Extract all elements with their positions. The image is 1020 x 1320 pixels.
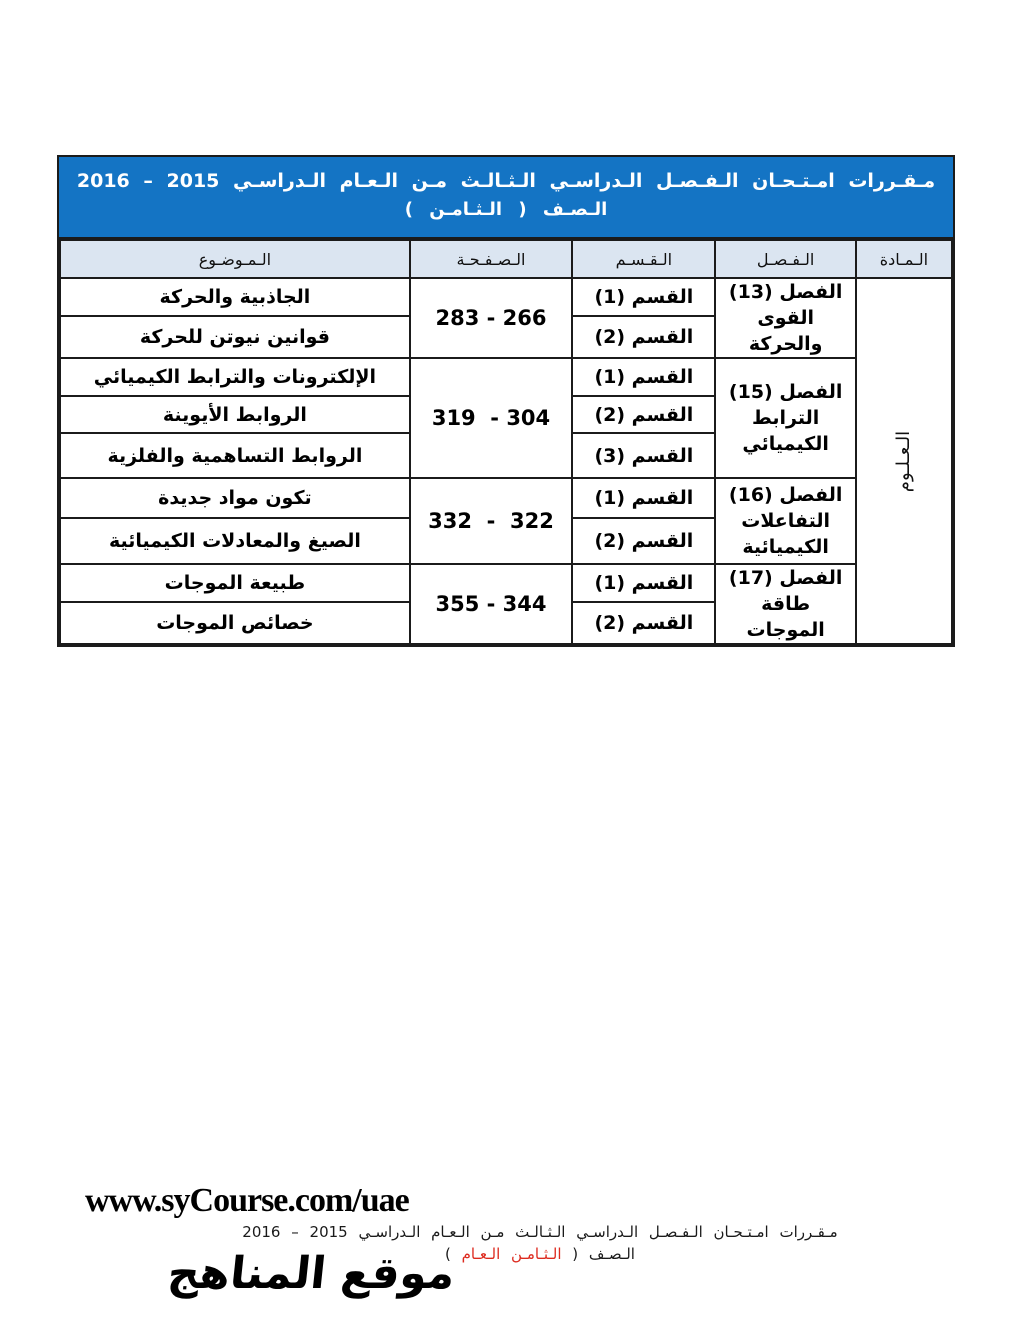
pages-cell: 283 - 266 xyxy=(410,278,572,358)
header-subject: الـمـادة xyxy=(856,240,952,278)
topic-cell: خصائص الموجات xyxy=(60,602,410,644)
watermark-calligraphy: موقع المناهج xyxy=(165,1248,457,1299)
chapter-cell: الفصل (17) طاقة الموجات xyxy=(715,564,855,644)
section-cell: القسم (1) xyxy=(572,478,715,518)
section-cell: القسم (1) xyxy=(572,278,715,316)
table-title-bar: مـقـررات امـتـحـان الـفـصـل الـدراسـي ال… xyxy=(59,157,953,239)
section-cell: القسم (2) xyxy=(572,316,715,358)
topic-cell: الجاذبية والحركة xyxy=(60,278,410,316)
chapter-cell: الفصل (13) القوى والحركة xyxy=(715,278,855,358)
footer-grade-prefix: الـصـف ( xyxy=(562,1245,635,1263)
document-page: مـقـررات امـتـحـان الـفـصـل الـدراسـي ال… xyxy=(0,0,1020,1320)
header-page: الـصـفـحـة xyxy=(410,240,572,278)
header-row: الـمـادة الـفـصـل الـقـسـم الـصـفـحـة ال… xyxy=(60,240,952,278)
chapter-cell: الفصل (15) الترابط الكيميائي xyxy=(715,358,855,478)
topic-cell: الروابط الأيوينة xyxy=(60,396,410,433)
table-row: الفصل (16) التفاعلات الكيميائية القسم (1… xyxy=(60,478,952,518)
subject-cell: الـعـلـوم xyxy=(856,278,952,644)
chapter-cell: الفصل (16) التفاعلات الكيميائية xyxy=(715,478,855,564)
topic-cell: الصيغ والمعادلات الكيميائية xyxy=(60,518,410,564)
section-cell: القسم (2) xyxy=(572,602,715,644)
section-cell: القسم (1) xyxy=(572,564,715,602)
table-title-line2: الـصـف ( الـثـامـن ) xyxy=(67,196,945,223)
header-chapter: الـفـصـل xyxy=(715,240,855,278)
table-row: الـعـلـوم الفصل (13) القوى والحركة القسم… xyxy=(60,278,952,316)
table-row: الفصل (17) طاقة الموجات القسم (1) 355 - … xyxy=(60,564,952,602)
section-cell: القسم (3) xyxy=(572,433,715,478)
table-title-line1: مـقـررات امـتـحـان الـفـصـل الـدراسـي ال… xyxy=(67,167,945,196)
topic-cell: قوانين نيوتن للحركة xyxy=(60,316,410,358)
topic-cell: الإلكترونات والترابط الكيميائي xyxy=(60,358,410,396)
header-section: الـقـسـم xyxy=(572,240,715,278)
header-topic: الـمـوضـوع xyxy=(60,240,410,278)
section-cell: القسم (2) xyxy=(572,396,715,433)
footer-caption-line1: مـقـررات امـتـحـان الـفـصـل الـدراسـي ال… xyxy=(140,1221,940,1243)
pages-cell: 332 - 322 xyxy=(410,478,572,564)
footer-grade-highlight: الـثـامـن الـعـام xyxy=(462,1245,562,1263)
subject-vertical-label: الـعـلـوم xyxy=(893,430,914,491)
topic-cell: تكون مواد جديدة xyxy=(60,478,410,518)
site-url-link[interactable]: www.syCourse.com/uae xyxy=(85,1182,409,1220)
curriculum-grid: الـمـادة الـفـصـل الـقـسـم الـصـفـحـة ال… xyxy=(59,239,953,645)
section-cell: القسم (1) xyxy=(572,358,715,396)
section-cell: القسم (2) xyxy=(572,518,715,564)
table-row: الفصل (15) الترابط الكيميائي القسم (1) 3… xyxy=(60,358,952,396)
topic-cell: الروابط التساهمية والفلزية xyxy=(60,433,410,478)
topic-cell: طبيعة الموجات xyxy=(60,564,410,602)
pages-cell: 355 - 344 xyxy=(410,564,572,644)
curriculum-table: مـقـررات امـتـحـان الـفـصـل الـدراسـي ال… xyxy=(57,155,955,647)
pages-cell: 319 - 304 xyxy=(410,358,572,478)
